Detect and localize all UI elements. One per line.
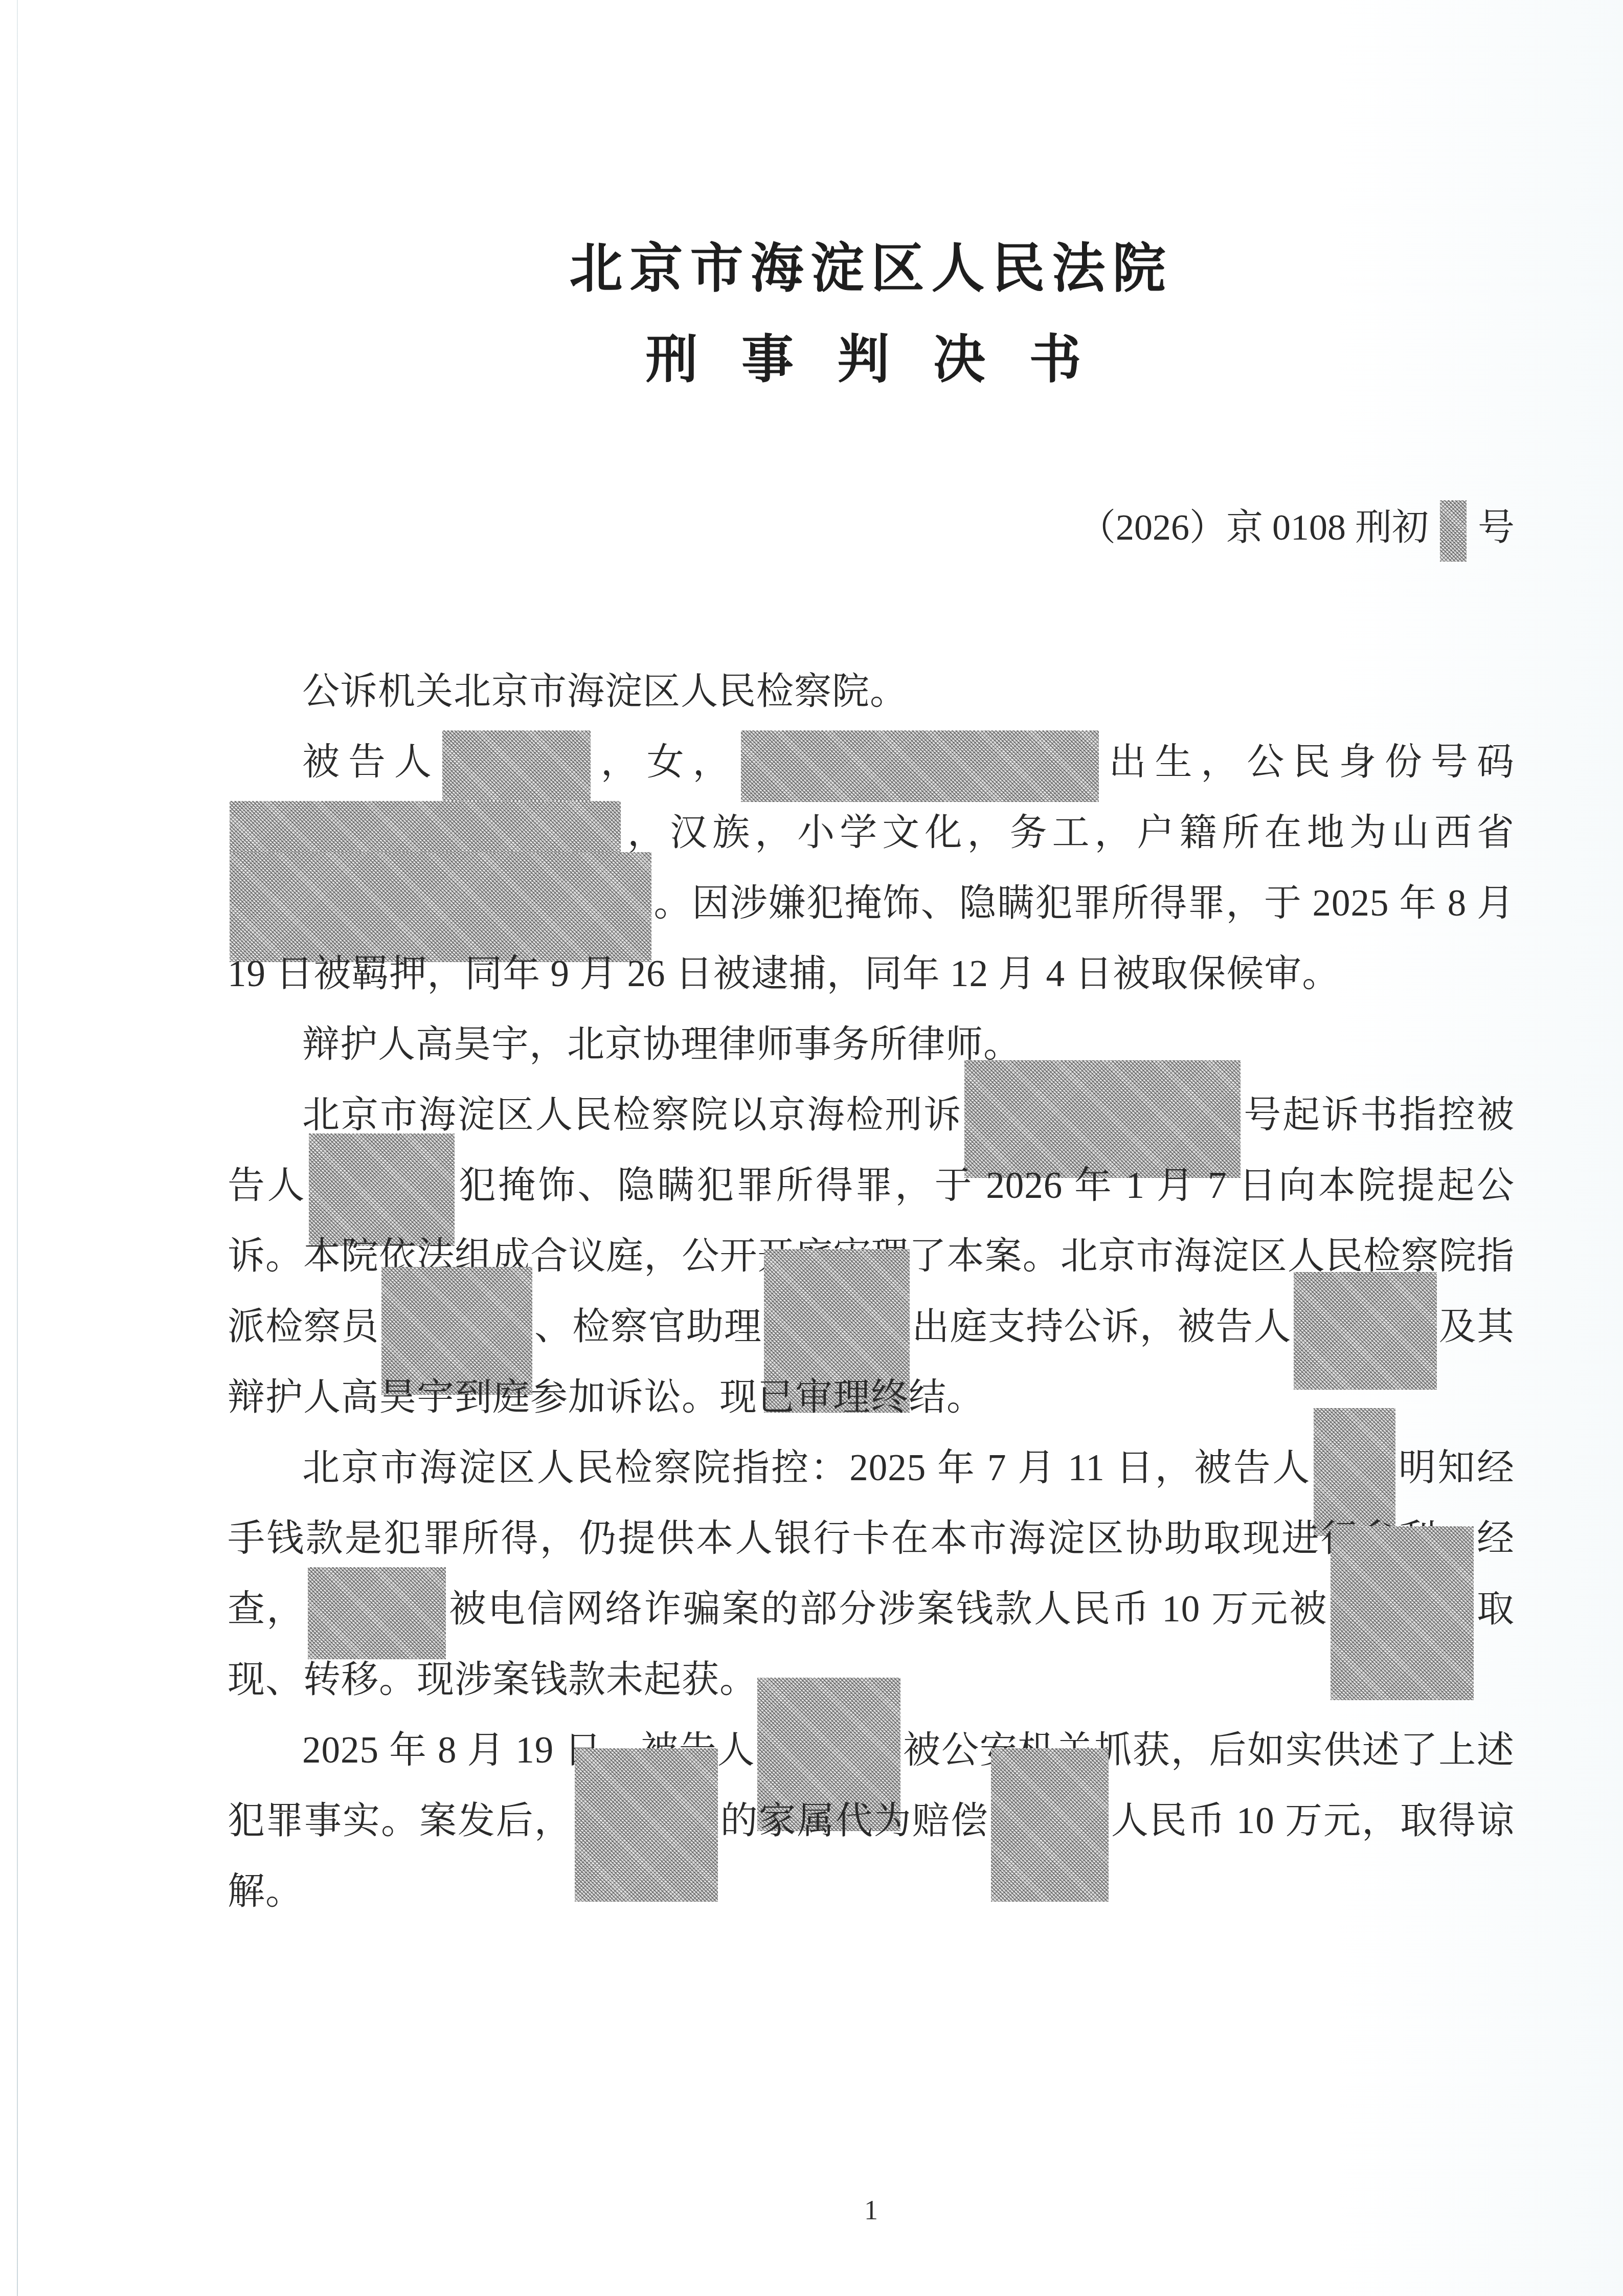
- redaction-block: [308, 1567, 446, 1659]
- document-body: 公诉机关北京市海淀区人民检察院。被告人，女，出生，公民身份号码，汉族，小学文化，…: [228, 656, 1515, 1927]
- redaction-block: [1331, 1526, 1474, 1700]
- text-segment: 出庭支持公诉，被告人: [912, 1306, 1291, 1347]
- redaction-block: [442, 730, 591, 802]
- paragraph: 被告人，女，出生，公民身份号码，汉族，小学文化，务工，户籍所在地为山西省。因涉嫌…: [228, 727, 1515, 1009]
- text-segment: ，女，: [593, 741, 739, 783]
- judgment-page: 北京市海淀区人民法院 刑 事 判 决 书 （2026）京 0108 刑初 号 公…: [0, 0, 1623, 2296]
- redaction-block: [1294, 1272, 1437, 1390]
- text-segment: 北京市海淀区人民检察院以京海检刑诉: [302, 1094, 962, 1135]
- redaction-block: [964, 1060, 1241, 1178]
- text-segment: 出生，公民身份号码: [1101, 741, 1515, 783]
- text-segment: 辩护人高昊宇，北京协理律师事务所律师。: [302, 1023, 1021, 1065]
- document-type-title: 刑 事 判 决 书: [228, 327, 1515, 394]
- paragraph: 公诉机关北京市海淀区人民检察院。: [228, 656, 1515, 727]
- paragraph: 辩护人高昊宇，北京协理律师事务所律师。: [228, 1009, 1515, 1080]
- case-number-suffix: 号: [1478, 507, 1515, 548]
- case-number: （2026）京 0108 刑初 号: [228, 496, 1515, 559]
- page-number: 1: [228, 2194, 1515, 2226]
- text-segment: 、检察官助理: [534, 1306, 762, 1347]
- text-segment: 北京市海淀区人民检察院指控：2025 年 7 月 11 日，被告人: [302, 1447, 1312, 1488]
- court-name: 北京市海淀区人民法院: [228, 236, 1515, 303]
- text-segment: 的家属代为赔偿: [720, 1800, 989, 1841]
- paragraph: 北京市海淀区人民检察院以京海检刑诉号起诉书指控被告人犯掩饰、隐瞒犯罪所得罪，于 …: [228, 1080, 1515, 1433]
- redaction-block: [381, 1267, 532, 1395]
- redaction-block: [309, 1133, 455, 1246]
- document-header: 北京市海淀区人民法院 刑 事 判 决 书: [228, 236, 1515, 394]
- text-segment: ，汉族，小学文化，务工，户籍所在地为山西省: [623, 812, 1515, 853]
- redaction-block: [575, 1748, 718, 1902]
- paragraph: 2025 年 8 月 19 日，被告人被公安机关抓获，后如实供述了上述犯罪事实。…: [228, 1715, 1515, 1927]
- text-segment: 被电信网络诈骗案的部分涉案钱款人民币 10 万元被: [448, 1588, 1328, 1630]
- redaction-block: [991, 1748, 1109, 1902]
- redaction-block: [741, 730, 1099, 802]
- text-segment: 公诉机关北京市海淀区人民检察院。: [302, 671, 908, 712]
- redaction-block: [230, 852, 651, 962]
- paragraph: 北京市海淀区人民检察院指控：2025 年 7 月 11 日，被告人明知经手钱款是…: [228, 1433, 1515, 1715]
- redaction-block: [1314, 1408, 1395, 1536]
- case-number-prefix: （2026）京 0108 刑初: [1079, 507, 1429, 548]
- scan-edge-line: [17, 0, 18, 2296]
- redaction-case-number: [1440, 500, 1467, 562]
- text-segment: 被告人: [302, 741, 440, 783]
